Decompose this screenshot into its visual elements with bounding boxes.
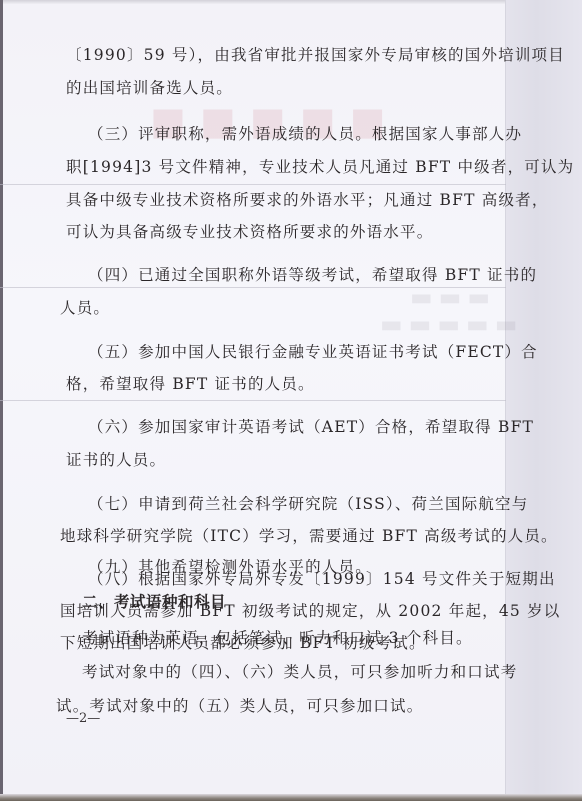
body-line: 地球科学研究学院（ITC）学习，需要通过 BFT 高级考试的人员。: [60, 524, 558, 546]
page-top-edge: [0, 0, 582, 4]
body-line: 人员。: [60, 296, 110, 318]
body-line: 可认为具备高级专业技术资格所要求的外语水平。: [66, 220, 433, 242]
body-line: 具备中级专业技术资格所要求的外语水平；凡通过 BFT 高级者，: [66, 188, 549, 210]
body-line: 试。考试对象中的（五）类人员，可只参加口试。: [56, 694, 423, 716]
body-line: 考试语种为英语，包括笔试、听力和口试 3 个科目。: [82, 626, 473, 648]
body-line: 职[1994]3 号文件精神，专业技术人员凡通过 BFT 中级者，可认为: [66, 155, 574, 177]
body-line: 证书的人员。: [66, 448, 166, 470]
fold-line: [0, 184, 506, 185]
fold-line: [0, 400, 506, 401]
item-9-heading: （九）其他希望检测外语水平的人员。: [88, 555, 372, 577]
body-line: 〔1990〕59 号），由我省审批并报国家外专局审核的国外培训项目: [66, 43, 565, 65]
body-line: 考试对象中的（四）、（六）类人员，可只参加听力和口试考: [82, 660, 517, 682]
page-bottom-edge: [0, 794, 582, 801]
body-line: 的出国培训备选人员。: [66, 76, 233, 98]
page-number: —2—: [66, 711, 100, 726]
item-5-heading: （五）参加中国人民银行金融专业英语证书考试（FECT）合: [88, 340, 538, 362]
item-7-heading: （七）申请到荷兰社会科学研究院（ISS）、荷兰国际航空与: [88, 492, 528, 514]
bleed-through-text: ▬▬▬: [410, 283, 496, 311]
bleed-through-text: ▬▬▬▬▬: [380, 310, 523, 338]
scanned-page: ■■■■■ ▬▬▬ ▬▬▬▬▬ 〔1990〕59 号），由我省审批并报国家外专局…: [0, 0, 582, 801]
item-4-heading: （四）已通过全国职称外语等级考试，希望取得 BFT 证书的: [88, 263, 537, 285]
section-2-heading: 二、考试语种和科目: [82, 590, 226, 612]
item-3-heading: （三）评审职称，需外语成绩的人员。根据国家人事部人办: [88, 122, 522, 144]
body-line: 格，希望取得 BFT 证书的人员。: [66, 372, 315, 394]
item-6-heading: （六）参加国家审计英语考试（AET）合格，希望取得 BFT: [88, 415, 534, 437]
